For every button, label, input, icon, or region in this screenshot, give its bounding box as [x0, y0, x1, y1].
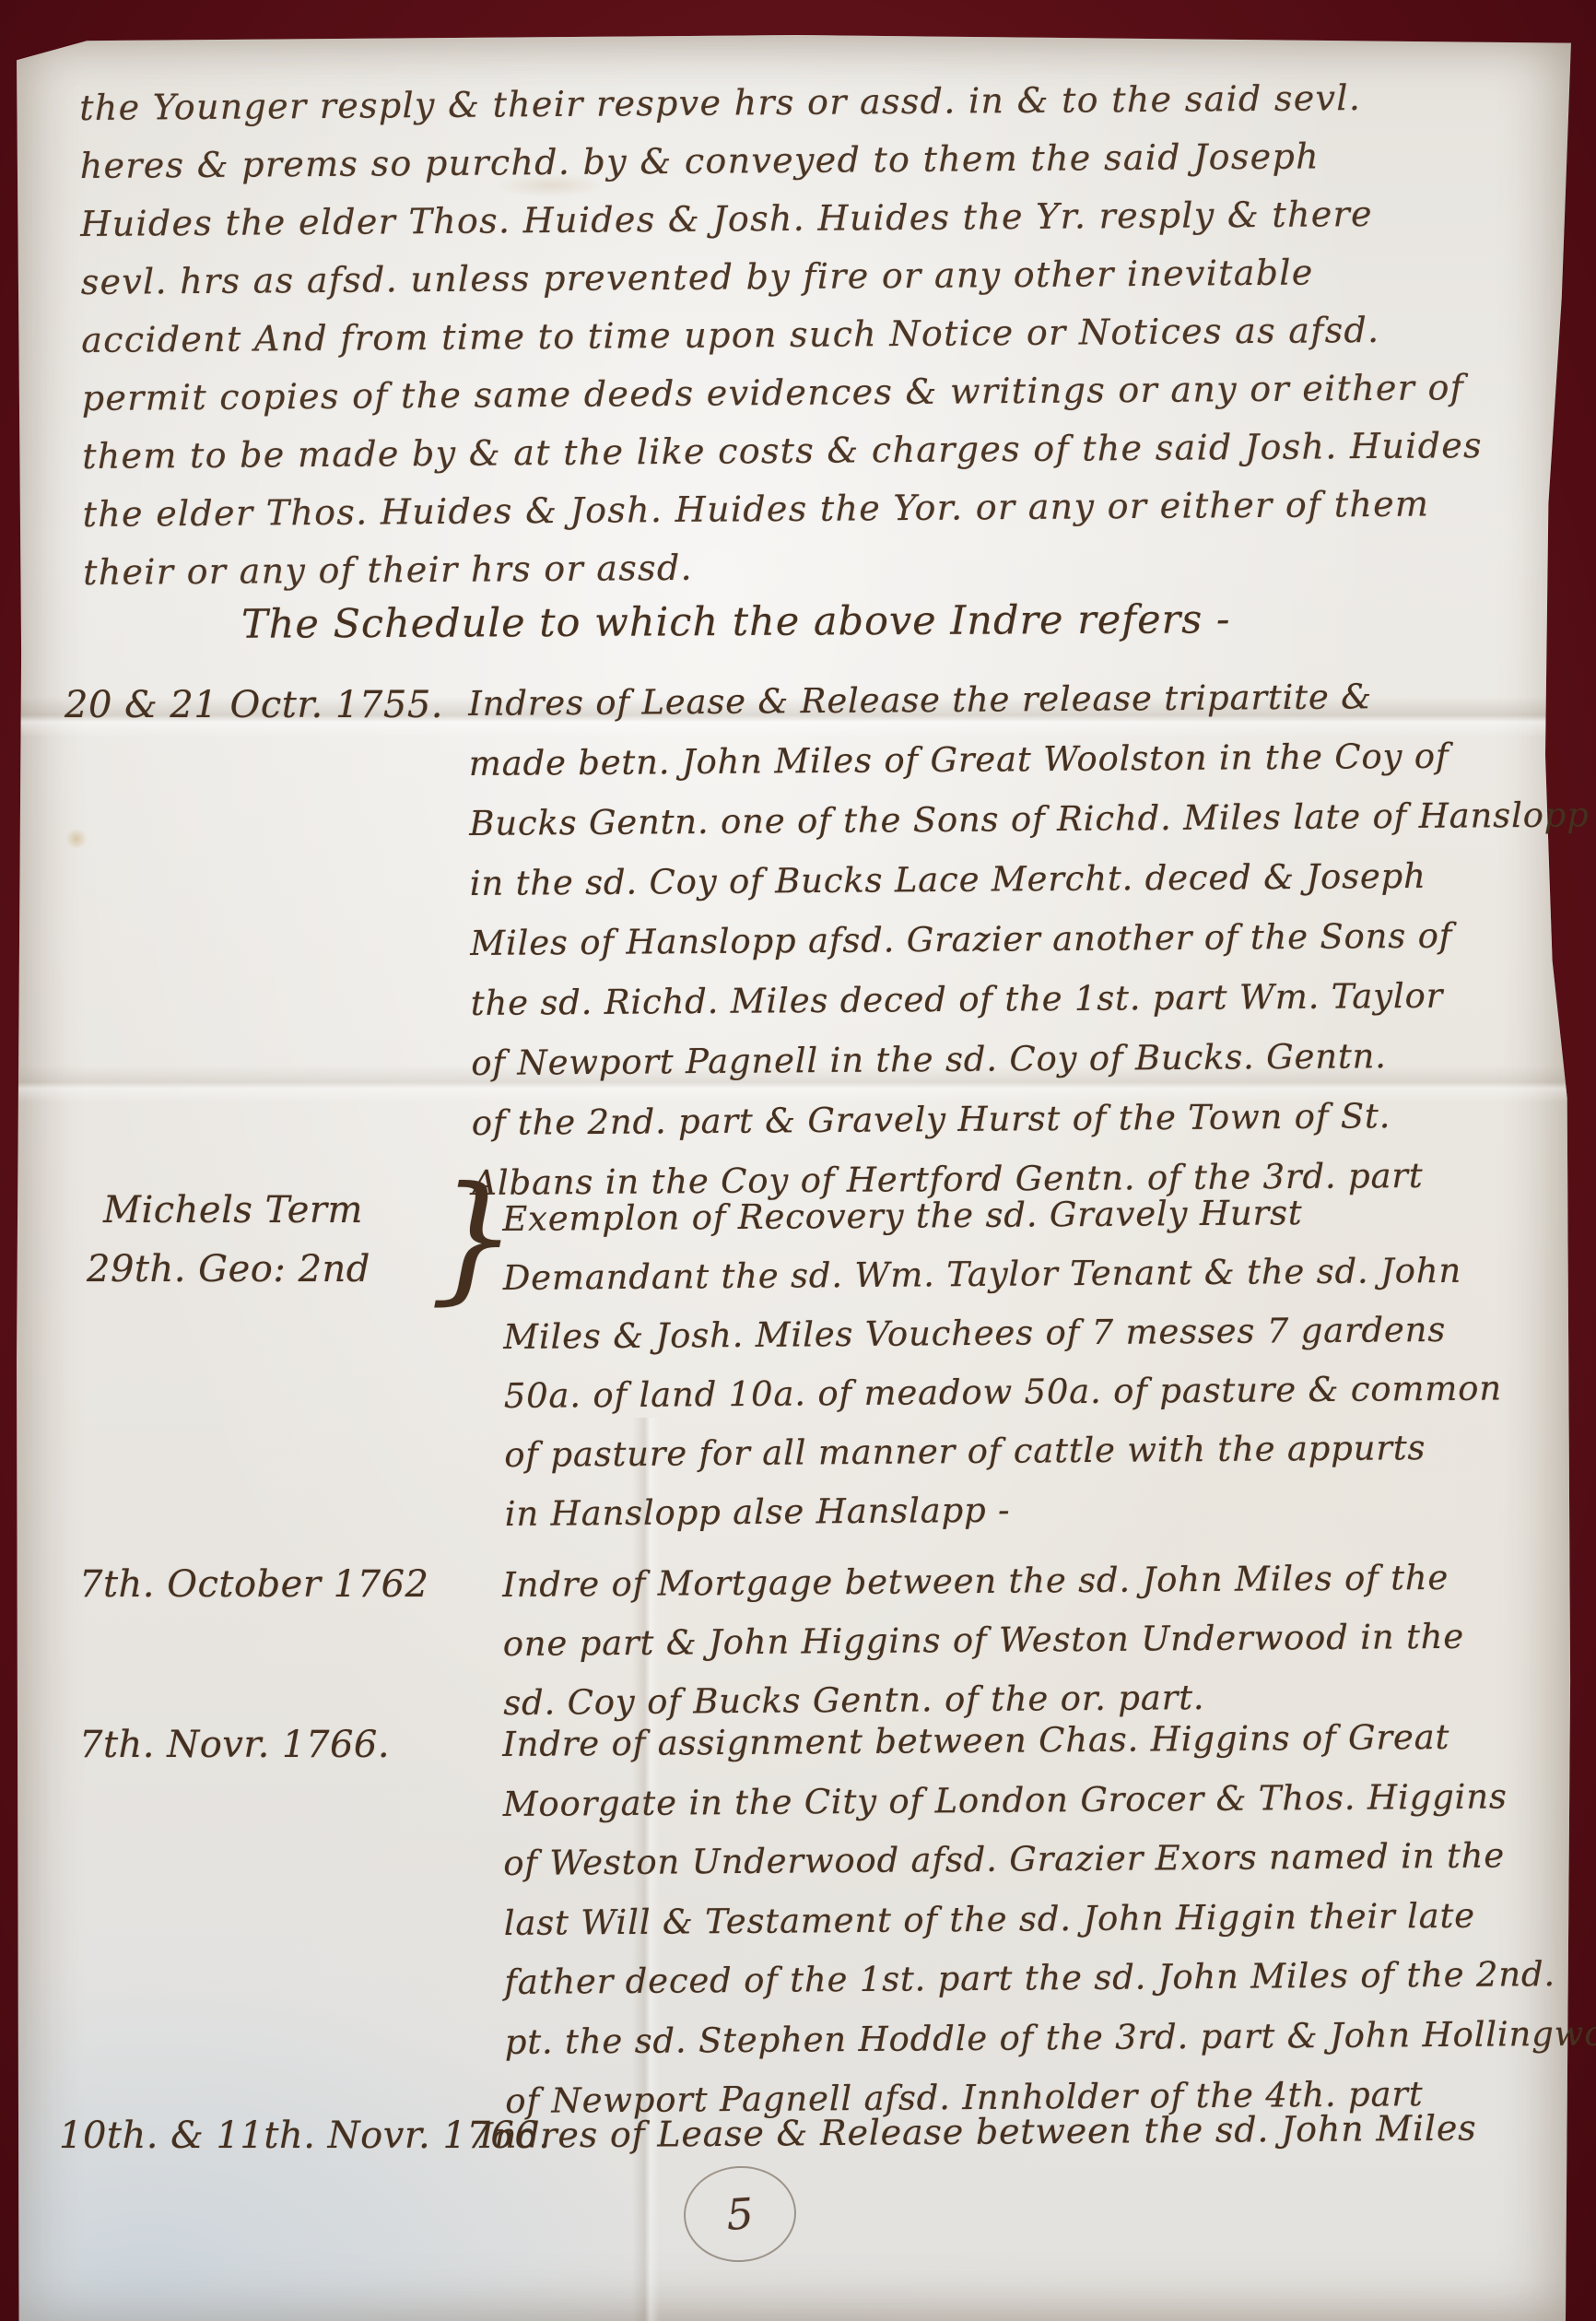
manuscript-line: permit copies of the same deeds evidence…	[81, 359, 1482, 428]
manuscript-line: the sd. Richd. Miles deced of the 1st. p…	[471, 964, 1591, 1033]
manuscript-line: in Hanslopp alse Hanslapp -	[505, 1477, 1504, 1544]
manuscript-line: pt. the sd. Stephen Hoddle of the 3rd. p…	[505, 2004, 1596, 2072]
page-number: 5	[725, 2188, 756, 2240]
entry-body: Exemplon of Recovery the sd. Gravely Hur…	[502, 1182, 1503, 1543]
manuscript-line: accident And from time to time upon such…	[81, 300, 1482, 370]
entry-body: Indre of Mortgage between the sd. John M…	[502, 1549, 1465, 1733]
manuscript-line: sevl. hrs as afsd. unless prevented by f…	[80, 242, 1481, 312]
manuscript-line: the elder Thos. Huides & Josh. Huides th…	[82, 475, 1483, 544]
manuscript-line: Bucks Gentn. one of the Sons of Richd. M…	[469, 784, 1590, 854]
entry-date: 29th. Geo: 2nd	[87, 1248, 370, 1290]
manuscript-line: Indre of Mortgage between the sd. John M…	[502, 1549, 1464, 1615]
manuscript-line: of Newport Pagnell in the sd. Coy of Buc…	[471, 1024, 1591, 1093]
manuscript-line: one part & John Higgins of Weston Underw…	[503, 1608, 1465, 1674]
manuscript-line: Exemplon of Recovery the sd. Gravely Hur…	[502, 1182, 1501, 1249]
manuscript-line: made betn. John Miles of Great Woolston …	[469, 725, 1590, 794]
manuscript-line: Huides the elder Thos. Huides & Josh. Hu…	[80, 184, 1481, 253]
ink-stain	[65, 830, 88, 848]
manuscript-line: Indres of Lease & Release the release tr…	[468, 665, 1589, 734]
manuscript-line: heres & prems so purchd. by & conveyed t…	[79, 126, 1480, 195]
manuscript-line: in the sd. Coy of Bucks Lace Mercht. dec…	[470, 844, 1590, 913]
manuscript-line: Indres of Lease & Release between the sd…	[479, 2099, 1477, 2166]
entry-date: 7th. Novr. 1766.	[79, 1724, 390, 1766]
opening-paragraph: the Younger resply & their respve hrs or…	[79, 68, 1484, 602]
entry-date: 20 & 21 Octr. 1755.	[65, 684, 443, 726]
manuscript-line: Miles of Hanslopp afsd. Grazier another …	[470, 904, 1590, 973]
manuscript-line: their or any of their hrs or assd.	[83, 533, 1484, 602]
entry-body: Indres of Lease & Release the release tr…	[468, 665, 1592, 1213]
photographed-manuscript-page: the Younger resply & their respve hrs or…	[0, 0, 1596, 2321]
manuscript-line: of the 2nd. part & Gravely Hurst of the …	[472, 1084, 1592, 1153]
manuscript-line: the Younger resply & their respve hrs or…	[79, 68, 1480, 137]
entry-date: 7th. October 1762	[79, 1563, 428, 1606]
manuscript-line: 50a. of land 10a. of meadow 50a. of past…	[504, 1359, 1503, 1426]
manuscript-line: Moorgate in the City of London Grocer & …	[503, 1766, 1596, 1834]
manuscript-line: Demandant the sd. Wm. Taylor Tenant & th…	[503, 1241, 1502, 1308]
entry-date: 10th. & 11th. Novr. 1766.	[59, 2115, 551, 2157]
manuscript-line: of pasture for all manner of cattle with…	[504, 1418, 1503, 1485]
entry-body: Indres of Lease & Release between the sd…	[479, 2099, 1477, 2166]
entry-date: Michels Term	[103, 1189, 363, 1231]
manuscript-line: Miles & Josh. Miles Vouchees of 7 messes…	[503, 1300, 1502, 1367]
manuscript-line: Indre of assignment between Chas. Higgin…	[502, 1706, 1596, 1774]
manuscript-line: of Weston Underwood afsd. Grazier Exors …	[503, 1825, 1596, 1893]
manuscript-line: last Will & Testament of the sd. John Hi…	[504, 1885, 1596, 1953]
manuscript-line: father deced of the 1st. part the sd. Jo…	[504, 1944, 1596, 2012]
entry-body: Indre of assignment between Chas. Higgin…	[502, 1706, 1596, 2131]
manuscript-line: them to be made by & at the like costs &…	[82, 417, 1483, 486]
schedule-heading: The Schedule to which the above Indre re…	[241, 596, 1231, 648]
